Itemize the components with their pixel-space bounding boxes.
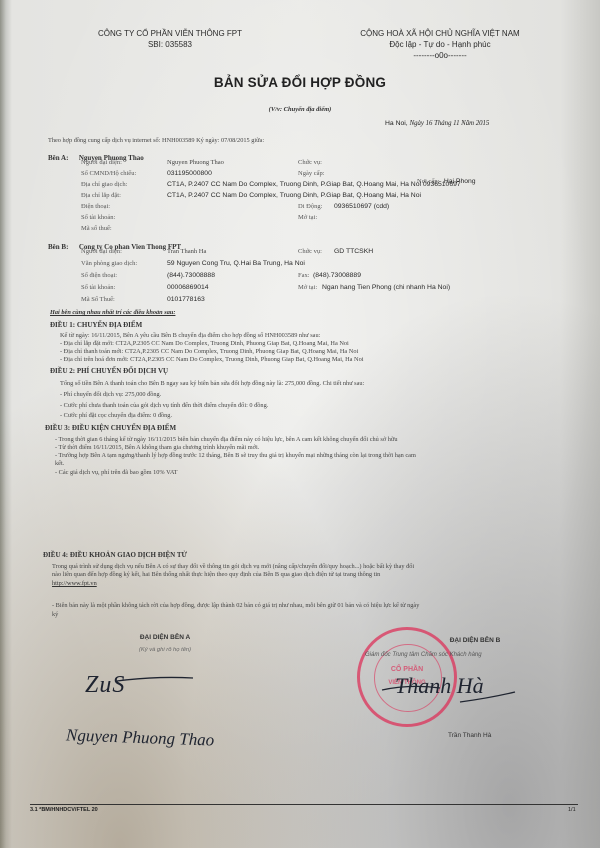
party-a-id-number: 031195000800 (167, 170, 212, 177)
party-b-phone: (844).73008888 (167, 272, 215, 279)
article-1-line: Kể từ ngày: 16/11/2015, Bên A yêu cầu Bê… (60, 332, 320, 339)
article-2-line: - Cước phí chưa thanh toán của gói dịch … (60, 402, 268, 409)
document-subject: (V/v: Chuyển địa điểm) (0, 106, 600, 113)
party-a-representative: Nguyen Phuong Thao (167, 159, 224, 166)
article-2-line: Tổng số tiền Bên A thanh toán cho Bên B … (60, 380, 364, 387)
field-label: Điện thoại: (81, 203, 110, 210)
party-b-position: GD TTCSKH (334, 248, 373, 255)
signature-b-role: Giám đốc Trung tâm Chăm sóc Khách hàng (365, 652, 482, 658)
signature-a-name: Nguyen Phuong Thao (66, 725, 215, 750)
article-3-line: - Trong thời gian 6 tháng kể từ ngày 16/… (55, 436, 397, 443)
signature-a-title: ĐẠI DIỆN BÊN A (80, 634, 250, 641)
field-label: Địa chỉ giao dịch: (81, 181, 127, 188)
signature-a-stroke (115, 676, 195, 684)
footer-divider (30, 804, 578, 805)
article-4-line: nào liên quan đến hợp đồng ký kết, hai B… (52, 571, 380, 578)
document-title: BẢN SỬA ĐỔI HỢP ĐỒNG (0, 75, 600, 90)
field-label: Ngày cấp: (298, 170, 325, 177)
footer-code: 3.1 *BM/HNHDCV/FTEL 20 (30, 807, 98, 813)
article-4-line: - Biên bản này là một phần không tách rờ… (52, 602, 419, 609)
company-name: CÔNG TY CỔ PHẦN VIỄN THÔNG FPT (60, 28, 280, 39)
field-label: Địa chỉ lắp đặt: (81, 192, 121, 199)
field-label: Số điện thoại: (81, 272, 117, 279)
article-2-line: - Cước phí đặt cọc chuyển địa điểm: 0 đồ… (60, 412, 172, 419)
article-3-line: kết. (55, 460, 64, 467)
article-4-line: Trong quá trình sử dụng dịch vụ nếu Bên … (52, 563, 414, 570)
company-sbi: SBI: 035583 (60, 39, 280, 50)
field-label: Người đại diện: (81, 248, 122, 255)
article-1-line: - Địa chỉ lắp đặt mới: CT2A,P.2305 CC Na… (60, 340, 349, 347)
party-b-representative: Tran Thanh Ha (167, 248, 206, 255)
field-label: Di Động: (298, 203, 322, 210)
company-header: CÔNG TY CỔ PHẦN VIỄN THÔNG FPT SBI: 0355… (60, 28, 280, 50)
article-4-heading: ĐIỀU 4: ĐIỀU KHOẢN GIAO DỊCH ĐIỆN TỬ (43, 551, 187, 559)
republic-name: CỘNG HOÀ XÃ HỘI CHỦ NGHĨA VIỆT NAM (330, 28, 550, 39)
article-3-heading: ĐIỀU 3: ĐIỀU KIỆN CHUYỂN ĐỊA ĐIỂM (45, 424, 176, 432)
agreement-statement: Hai bên cùng nhau nhất trí các điều khoả… (50, 309, 175, 316)
party-b-bank: Ngan hang Tien Phong (chi nhanh Ha Noi) (322, 284, 450, 291)
field-label: Văn phòng giao dịch: (81, 260, 137, 267)
article-3-line: - Các giá dịch vụ, phí trên đã bao gồm 1… (55, 469, 178, 476)
fpt-website-link[interactable]: http://www.fpt.vn (52, 580, 97, 587)
article-2-heading: ĐIỀU 2: PHÍ CHUYỂN ĐỔI DỊCH VỤ (50, 367, 168, 375)
article-4-line: ký (52, 611, 58, 618)
field-label: Số CMND/Hộ chiếu: (81, 170, 136, 177)
national-motto: Độc lập - Tự do - Hạnh phúc (330, 39, 550, 50)
party-b-office: 59 Nguyen Cong Tru, Q.Hai Ba Trung, Ha N… (167, 260, 305, 267)
signature-b-stroke (380, 680, 520, 710)
date-line: Ha Noi, Ngày 16 Tháng 11 Năm 2015 (385, 120, 489, 127)
article-1-heading: ĐIỀU 1: CHUYỂN ĐỊA ĐIỂM (50, 321, 142, 329)
field-label: Người đại diện: (81, 159, 122, 166)
party-a-mobile: 0936510697 (cdd) (334, 203, 389, 210)
field-label: Chức vụ: (298, 248, 322, 255)
national-header: CỘNG HOÀ XÃ HỘI CHỦ NGHĨA VIỆT NAM Độc l… (330, 28, 550, 61)
field-label: Chức vụ: (298, 159, 322, 166)
party-b-tax-code: 0101778163 (167, 296, 205, 303)
field-label: Mã Số Thuế: (81, 296, 115, 303)
contract-intro: Theo hợp đồng cung cấp dịch vụ internet … (48, 137, 264, 144)
header-divider: --------o0o------- (330, 50, 550, 61)
field-label: Số tài khoản: (81, 284, 115, 291)
article-3-line: - Trường hợp Bên A tạm ngưng/thanh lý hợ… (55, 452, 416, 459)
field-label: Fax: (298, 272, 310, 279)
article-3-line: - Từ thời điểm 16/11/2015, Bên A không t… (55, 444, 259, 451)
field-label: Mở tại: (298, 214, 317, 221)
date-place: Ha Noi, (385, 120, 408, 127)
party-a-transaction-address: CT1A, P.2407 CC Nam Do Complex, Truong D… (167, 181, 461, 188)
signature-a-note: (Ký và ghi rõ họ tên) (80, 647, 250, 653)
footer-page: 1/1 (568, 807, 576, 813)
field-label: Số tài khoản: (81, 214, 115, 221)
field-label: Mở tại: (298, 284, 317, 291)
signature-b-printed-name: Trần Thanh Hà (448, 732, 491, 739)
article-2-line: - Phí chuyển đổi dịch vụ: 275,000 đồng. (60, 391, 161, 398)
signature-b-title: ĐẠI DIỆN BÊN B (390, 637, 560, 644)
date-value: Ngày 16 Tháng 11 Năm 2015 (410, 120, 490, 127)
party-a-install-address: CT1A, P.2407 CC Nam Do Complex, Truong D… (167, 192, 421, 199)
party-b-account: 00006869014 (167, 284, 209, 291)
article-1-line: - Địa chỉ trên hoá đơn mới: CT2A,P.2305 … (60, 356, 363, 363)
article-1-line: - Địa chỉ thanh toán mới: CT2A,P.2305 CC… (60, 348, 358, 355)
field-label: Mã số thuế: (81, 225, 112, 232)
party-b-fax: (848).73008889 (313, 272, 361, 279)
document-page: CÔNG TY CỔ PHẦN VIỄN THÔNG FPT SBI: 0355… (0, 0, 600, 848)
